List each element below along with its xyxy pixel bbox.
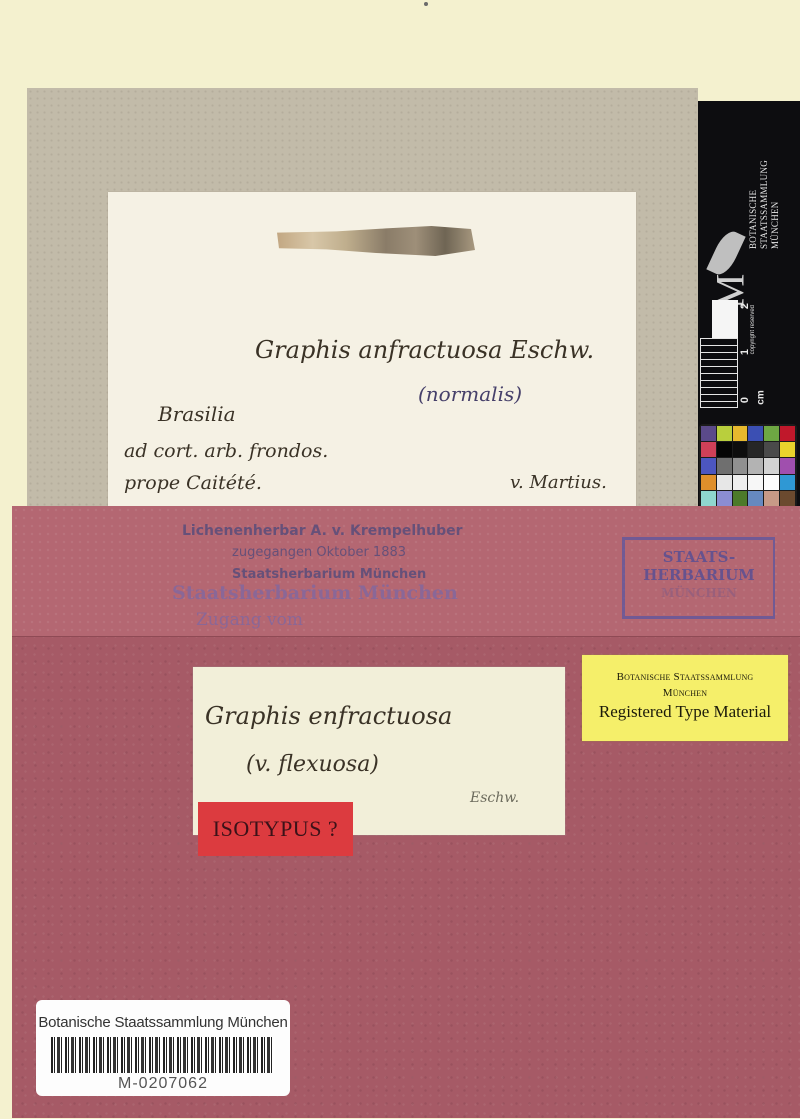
determination-author: Eschw. (470, 790, 519, 806)
color-patch (748, 442, 763, 457)
scale-institution-line: STAATSSAMMLUNG (759, 160, 770, 249)
scale-ruler-ticks (700, 338, 738, 408)
label-locality-place: prope Caitété. (124, 472, 262, 494)
stamp-krempelhuber-line2: zugegangen Oktober 1883 (232, 545, 406, 560)
registered-type-label: Botanische Staatssammlung München Regist… (582, 655, 788, 741)
scale-white-block (712, 300, 738, 338)
label-species-name: Graphis anfractuosa Eschw. (255, 336, 594, 364)
color-patch (717, 475, 732, 490)
color-patch (717, 442, 732, 457)
color-patch (701, 475, 716, 490)
color-patch (764, 426, 779, 441)
color-patch (780, 458, 795, 473)
color-patch (717, 458, 732, 473)
isotypus-status-label: ISOTYPUS ? (198, 802, 353, 856)
type-label-city: München (582, 685, 788, 701)
color-patch (733, 426, 748, 441)
color-patch (780, 442, 795, 457)
scale-copyright: copyright reserved (750, 305, 756, 354)
box-stamp-line3: MÜNCHEN (625, 584, 773, 602)
color-patch (701, 491, 716, 506)
box-stamp-line1: STAATS- (625, 548, 773, 566)
color-patch (748, 475, 763, 490)
label-locality-substrate: ad cort. arb. frondos. (124, 440, 328, 462)
color-patch (733, 491, 748, 506)
scale-unit: cm (756, 390, 767, 404)
color-calibration-chart (699, 424, 797, 508)
color-patch (701, 442, 716, 457)
color-patch (764, 442, 779, 457)
scale-institution-name: BOTANISCHE STAATSSAMMLUNG MÜNCHEN (748, 160, 781, 249)
dust-speck (424, 2, 428, 6)
box-stamp-line2: HERBARIUM (625, 566, 773, 584)
stamp-faint-line1: Staatsherbarium München (172, 582, 458, 604)
scale-tick-0: 0 (739, 397, 751, 403)
color-patch (764, 491, 779, 506)
color-patch (701, 426, 716, 441)
barcode-icon (51, 1037, 275, 1073)
barcode-institution: Botanische Staatssammlung München (36, 1014, 290, 1031)
color-patch (717, 426, 732, 441)
catalog-number: M-0207062 (36, 1075, 290, 1093)
color-patch (748, 458, 763, 473)
scale-institution-line: MÜNCHEN (770, 160, 781, 249)
stamp-krempelhuber-line3: Staatsherbarium München (232, 567, 426, 582)
scale-institution-line: BOTANISCHE (748, 160, 759, 249)
color-patch (780, 491, 795, 506)
color-patch (764, 475, 779, 490)
type-label-status: Registered Type Material (582, 701, 788, 723)
color-patch (733, 442, 748, 457)
box-stamp-staatsherbarium: STAATS- HERBARIUM MÜNCHEN (622, 537, 775, 619)
color-patch (717, 491, 732, 506)
determination-species: Graphis enfractuosa (205, 702, 452, 730)
stamp-krempelhuber-line1: Lichenenherbar A. v. Krempelhuber (182, 523, 463, 539)
label-variety-note: (normalis) (418, 382, 522, 406)
color-patch (780, 426, 795, 441)
stamp-faint-line2: Zugang vom (196, 610, 303, 630)
color-patch (701, 458, 716, 473)
color-patch (733, 475, 748, 490)
color-patch (764, 458, 779, 473)
color-patch (733, 458, 748, 473)
color-patch (748, 491, 763, 506)
color-patch (748, 426, 763, 441)
determination-variety: (v. flexuosa) (246, 752, 379, 777)
color-patch (780, 475, 795, 490)
barcode-label: Botanische Staatssammlung München M-0207… (36, 1000, 290, 1096)
type-label-institution: Botanische Staatssammlung (582, 669, 788, 685)
label-locality-country: Brasilia (158, 402, 236, 426)
label-collector: v. Martius. (510, 472, 607, 493)
